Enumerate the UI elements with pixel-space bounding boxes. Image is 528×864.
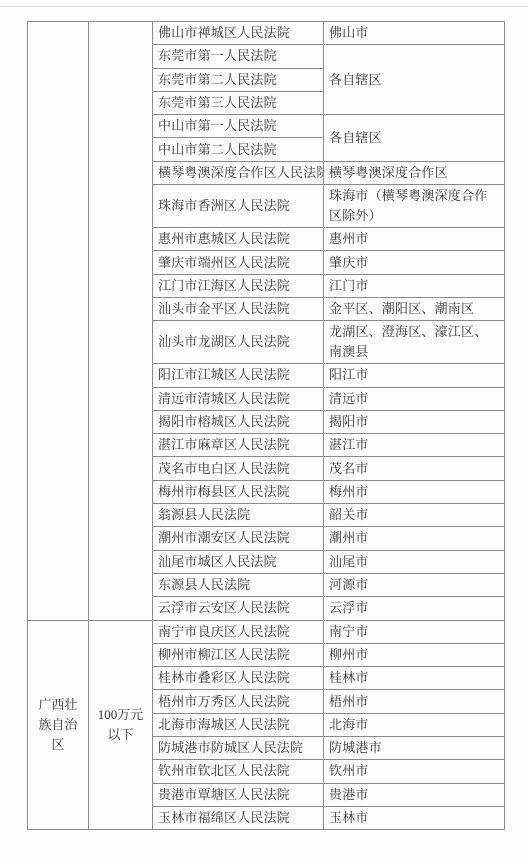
court-cell: 茂名市电白区人民法院 [153, 457, 324, 480]
jurisdiction-cell: 贵港市 [324, 783, 505, 806]
court-cell: 中山市第一人民法院 [153, 115, 324, 138]
jurisdiction-cell: 钦州市 [324, 760, 505, 783]
jurisdiction-cell: 金平区、潮阳区、潮南区 [324, 297, 505, 320]
jurisdiction-cell: 各自辖区 [324, 115, 505, 162]
court-cell: 惠州市惠城区人民法院 [153, 228, 324, 251]
amount-cell: 100万元以下 [89, 620, 153, 830]
jurisdiction-cell: 佛山市 [324, 22, 505, 45]
jurisdiction-cell: 潮州市 [324, 527, 505, 550]
court-cell: 梧州市万秀区人民法院 [153, 690, 324, 713]
jurisdiction-cell: 韶关市 [324, 504, 505, 527]
court-cell: 钦州市钦北区人民法院 [153, 760, 324, 783]
jurisdiction-cell: 汕尾市 [324, 550, 505, 573]
jurisdiction-cell: 揭阳市 [324, 410, 505, 433]
court-cell: 佛山市禅城区人民法院 [153, 22, 324, 45]
court-cell: 北海市海城区人民法院 [153, 713, 324, 736]
jurisdiction-cell: 湛江市 [324, 434, 505, 457]
jurisdiction-cell: 玉林市 [324, 806, 505, 829]
jurisdiction-cell: 梅州市 [324, 480, 505, 503]
court-cell: 潮州市潮安区人民法院 [153, 527, 324, 550]
jurisdiction-cell: 茂名市 [324, 457, 505, 480]
court-cell: 东源县人民法院 [153, 573, 324, 596]
jurisdiction-cell: 阳江市 [324, 364, 505, 387]
court-cell: 南宁市良庆区人民法院 [153, 620, 324, 643]
jurisdiction-cell: 河源市 [324, 573, 505, 596]
court-cell: 湛江市麻章区人民法院 [153, 434, 324, 457]
court-cell: 东莞市第一人民法院 [153, 45, 324, 68]
page-top-rule [0, 6, 528, 7]
province-cell [28, 22, 89, 621]
court-cell: 江门市江海区人民法院 [153, 274, 324, 297]
court-cell: 中山市第二人民法院 [153, 138, 324, 161]
amount-cell [89, 22, 153, 621]
court-cell: 阳江市江城区人民法院 [153, 364, 324, 387]
jurisdiction-cell: 柳州市 [324, 643, 505, 666]
jurisdiction-cell: 肇庆市 [324, 251, 505, 274]
jurisdiction-cell: 惠州市 [324, 228, 505, 251]
document-page: 佛山市禅城区人民法院佛山市东莞市第一人民法院各自辖区东莞市第二人民法院东莞市第三… [0, 0, 528, 864]
court-cell: 云浮市云安区人民法院 [153, 597, 324, 620]
court-cell: 玉林市福绵区人民法院 [153, 806, 324, 829]
court-cell: 汕头市金平区人民法院 [153, 297, 324, 320]
jurisdiction-table-body: 佛山市禅城区人民法院佛山市东莞市第一人民法院各自辖区东莞市第二人民法院东莞市第三… [28, 22, 505, 830]
jurisdiction-cell: 防城港市 [324, 737, 505, 760]
table-row: 广西壮族自治区100万元以下南宁市良庆区人民法院南宁市 [28, 620, 505, 643]
jurisdiction-cell: 江门市 [324, 274, 505, 297]
jurisdiction-cell: 北海市 [324, 713, 505, 736]
jurisdiction-cell: 桂林市 [324, 667, 505, 690]
jurisdiction-cell: 横琴粤澳深度合作区 [324, 161, 505, 184]
jurisdiction-cell: 各自辖区 [324, 45, 505, 115]
court-cell: 横琴粤澳深度合作区人民法院 [153, 161, 324, 184]
court-cell: 贵港市覃塘区人民法院 [153, 783, 324, 806]
jurisdiction-cell: 云浮市 [324, 597, 505, 620]
court-cell: 东莞市第三人民法院 [153, 91, 324, 114]
court-cell: 肇庆市端州区人民法院 [153, 251, 324, 274]
jurisdiction-cell: 珠海市（横琴粤澳深度合作区除外） [324, 185, 505, 228]
table-row: 佛山市禅城区人民法院佛山市 [28, 22, 505, 45]
court-cell: 汕尾市城区人民法院 [153, 550, 324, 573]
jurisdiction-cell: 清远市 [324, 387, 505, 410]
jurisdiction-table: 佛山市禅城区人民法院佛山市东莞市第一人民法院各自辖区东莞市第二人民法院东莞市第三… [27, 21, 505, 830]
court-cell: 柳州市柳江区人民法院 [153, 643, 324, 666]
jurisdiction-cell: 南宁市 [324, 620, 505, 643]
court-cell: 清远市清城区人民法院 [153, 387, 324, 410]
court-cell: 揭阳市榕城区人民法院 [153, 410, 324, 433]
court-cell: 珠海市香洲区人民法院 [153, 185, 324, 228]
province-cell: 广西壮族自治区 [28, 620, 89, 830]
jurisdiction-cell: 龙湖区、澄海区、濠江区、南澳县 [324, 321, 505, 364]
court-cell: 桂林市叠彩区人民法院 [153, 667, 324, 690]
jurisdiction-cell: 梧州市 [324, 690, 505, 713]
court-cell: 翁源县人民法院 [153, 504, 324, 527]
court-cell: 防城港市防城区人民法院 [153, 737, 324, 760]
court-cell: 东莞市第二人民法院 [153, 68, 324, 91]
court-cell: 梅州市梅县区人民法院 [153, 480, 324, 503]
court-cell: 汕头市龙湖区人民法院 [153, 321, 324, 364]
